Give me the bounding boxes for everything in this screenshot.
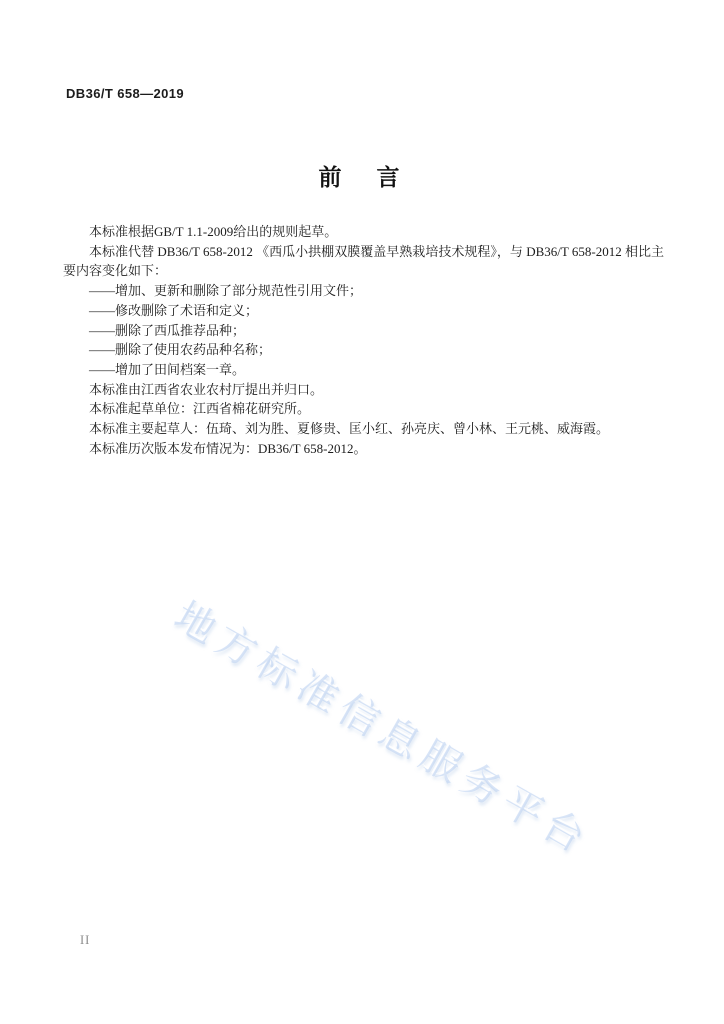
change-item: ——删除了使用农药品种名称； <box>63 340 664 360</box>
change-item: ——增加了田间档案一章。 <box>63 360 664 380</box>
paragraph-drafting-unit: 本标准起草单位：江西省棉花研究所。 <box>63 399 664 419</box>
paragraph-main-drafters: 本标准主要起草人：伍琦、刘为胜、夏修贵、匡小红、孙亮庆、曾小林、王元桃、威海霞。 <box>63 419 664 439</box>
change-item: ——修改删除了术语和定义； <box>63 301 664 321</box>
standard-code-header: DB36/T 658—2019 <box>66 86 184 101</box>
document-page: DB36/T 658—2019 前 言 本标准根据GB/T 1.1-2009给出… <box>0 0 724 1024</box>
page-number: II <box>80 933 90 948</box>
watermark-text: 地方标准信息服务平台 <box>165 585 602 866</box>
foreword-body: 本标准根据GB/T 1.1-2009给出的规则起草。 本标准代替 DB36/T … <box>63 222 664 458</box>
change-item: ——增加、更新和删除了部分规范性引用文件； <box>63 281 664 301</box>
paragraph-proposed-by: 本标准由江西省农业农村厅提出并归口。 <box>63 380 664 400</box>
page-title: 前 言 <box>0 159 724 192</box>
paragraph-replaces: 本标准代替 DB36/T 658-2012 《西瓜小拱棚双膜覆盖早熟栽培技术规程… <box>63 242 664 281</box>
paragraph-drafting-rule: 本标准根据GB/T 1.1-2009给出的规则起草。 <box>63 222 664 242</box>
paragraph-version-history: 本标准历次版本发布情况为：DB36/T 658-2012。 <box>63 439 664 459</box>
change-item: ——删除了西瓜推荐品种； <box>63 321 664 341</box>
